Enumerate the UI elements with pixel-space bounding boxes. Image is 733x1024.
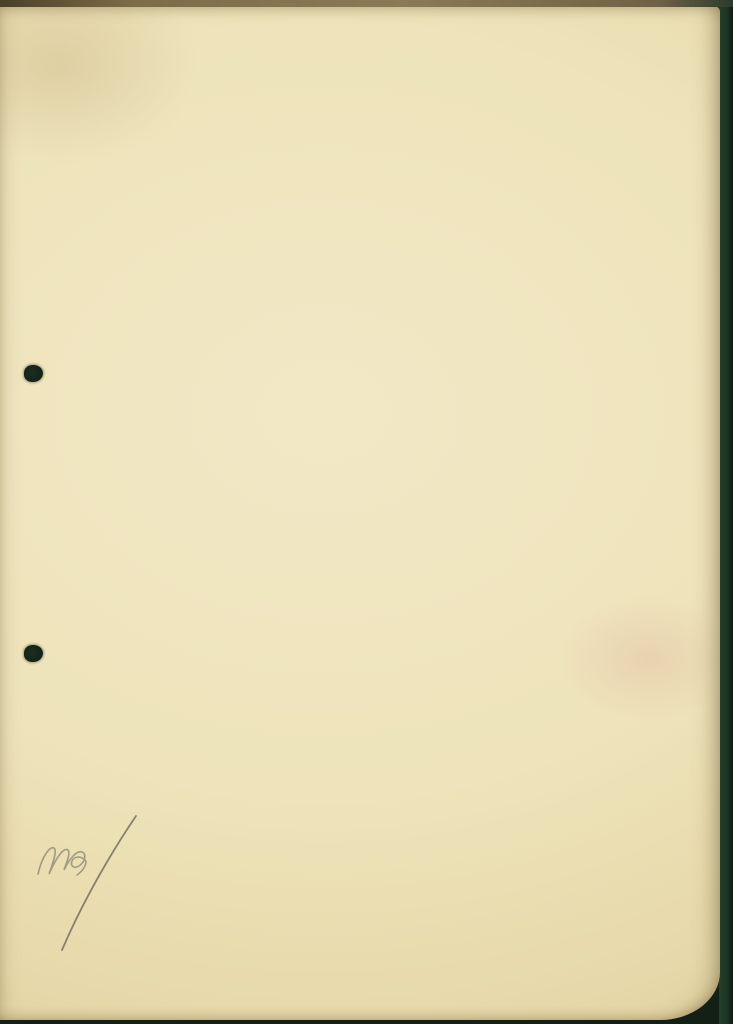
- pencil-signature: [24, 812, 149, 952]
- scanned-document-page: { "colors": { "ink": "#7b6fa6", "ink_bol…: [0, 0, 733, 1024]
- scan-edge-right: [719, 0, 733, 1024]
- scan-edge-top: [0, 0, 733, 7]
- punch-hole-top: [24, 365, 43, 382]
- punch-hole-bottom: [24, 645, 43, 662]
